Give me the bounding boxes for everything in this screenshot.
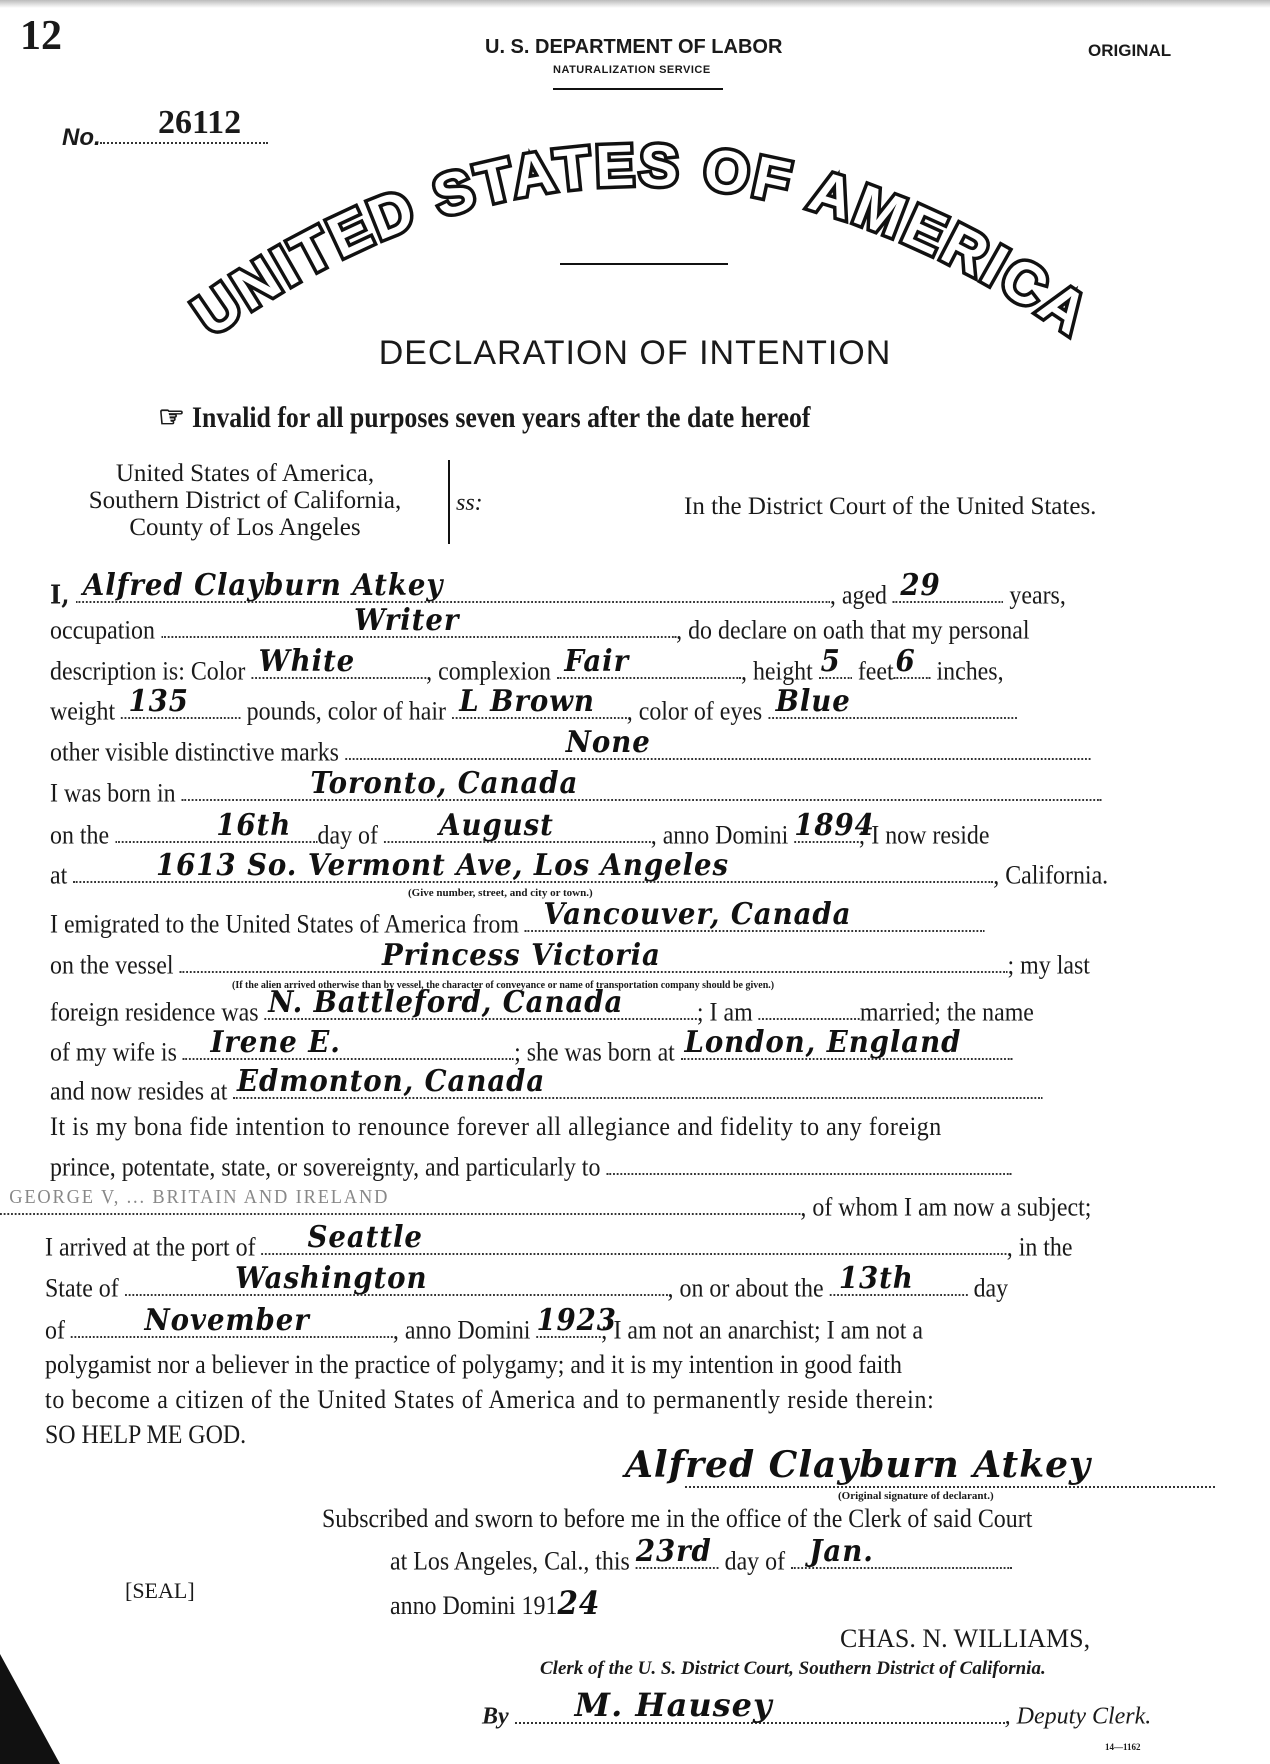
court: In the District Court of the United Stat… (684, 493, 1096, 521)
by-line: By M. Hausey, Deputy Clerk. (482, 1700, 1151, 1731)
foreign-residence-value: N. Battleford, Canada (268, 985, 623, 1020)
header-rule (553, 88, 723, 90)
marks-value: None (566, 725, 651, 760)
sovereign-stamp-field: GEORGE V, ... BRITAIN AND IRELAND (0, 1190, 800, 1215)
brace (440, 460, 450, 544)
foreign-residence-field: N. Battleford, Canada (265, 995, 697, 1020)
signature-hint: (Original signature of declarant.) (838, 1490, 994, 1502)
department: U. S. DEPARTMENT OF LABOR (485, 36, 782, 59)
jurat-line-2: at Los Angeles, Cal., this 23rd day of J… (390, 1544, 1012, 1576)
deputy-signature-field: M. Hausey (515, 1700, 1005, 1724)
jurat-line-3: anno Domini 19124 (390, 1584, 600, 1622)
line-birthplace: I was born in Toronto, Canada (50, 776, 1102, 808)
pointing-hand-icon: ☞ (158, 401, 185, 434)
eyes-field: Blue (768, 694, 1016, 719)
deputy-signature: M. Hausey (575, 1686, 773, 1724)
venue-line: County of Los Angeles (50, 514, 440, 541)
declarant-signature-line: Alfred Clayburn Atkey (685, 1448, 1215, 1488)
arrival-year-value: 1923 (536, 1303, 617, 1338)
arrival-day-field: 13th (830, 1271, 968, 1296)
line-wife: of my wife is Irene E.; she was born at … (50, 1035, 1012, 1067)
form-number: 14—1162 (1105, 1742, 1141, 1752)
warning-text: Invalid for all purposes seven years aft… (192, 401, 810, 435)
svg-text:UNITED STATES OF AMERICA: UNITED STATES OF AMERICA (182, 133, 1103, 349)
line-birthdate: on the 16thday of August, anno Domini 18… (50, 818, 990, 850)
scan-corner (0, 1654, 60, 1764)
line-vessel: on the vessel Princess Victoria; my last (50, 948, 1090, 980)
birth-day-field: 16th (115, 818, 317, 843)
birth-month-field: August (384, 818, 651, 843)
hair-value: L Brown (459, 684, 595, 719)
line-wife-residence: and now resides at Edmonton, Canada (50, 1074, 1043, 1106)
marital-field (759, 995, 860, 1020)
line-marks: other visible distinctive marks None (50, 735, 1090, 767)
birth-year-value: 1894 (794, 808, 875, 843)
hair-field: L Brown (452, 694, 627, 719)
line-occupation: occupation Writer, do declare on oath th… (50, 613, 1030, 645)
complexion-field: Fair (557, 654, 741, 679)
line-description: description is: Color White, complexion … (50, 654, 1004, 686)
line-sovereign: GEORGE V, ... BRITAIN AND IRELAND, of wh… (0, 1190, 1091, 1222)
eyes-value: Blue (776, 684, 851, 719)
warning-line: ☞ Invalid for all purposes seven years a… (158, 400, 912, 435)
marks-field: None (345, 735, 1090, 760)
birthplace-field: Toronto, Canada (182, 776, 1102, 801)
height-feet-value: 5 (821, 644, 841, 679)
sworn-month-field: Jan. (791, 1544, 1012, 1569)
title-rule (560, 263, 728, 265)
vessel-value: Princess Victoria (382, 938, 661, 973)
line-emigrated: I emigrated to the United States of Amer… (50, 907, 985, 939)
wife-birthplace-value: London, England (684, 1025, 961, 1060)
wife-residence-field: Edmonton, Canada (233, 1074, 1043, 1099)
line-port: I arrived at the port of Seattle, in the (45, 1230, 1073, 1262)
complexion-value: Fair (564, 644, 629, 679)
clerk-name: CHAS. N. WILLIAMS, (840, 1624, 1090, 1654)
state-value: Washington (235, 1261, 427, 1296)
age-value: 29 (900, 568, 940, 603)
line-state: State of Washington, on or about the 13t… (45, 1271, 1008, 1303)
sovereign-stamp: GEORGE V, ... BRITAIN AND IRELAND (9, 1186, 389, 1209)
arc-text: UNITED STATES OF AMERICA (182, 133, 1103, 349)
seal: [SEAL] (125, 1578, 195, 1604)
sworn-day-value: 23rd (636, 1534, 712, 1569)
wife-birthplace-field: London, England (681, 1035, 1012, 1060)
renounce-line-1: It is my bona fide intention to renounce… (50, 1112, 942, 1142)
sworn-month-value: Jan. (809, 1534, 873, 1569)
line-residence: at 1613 So. Vermont Ave, Los Angeles, Ca… (50, 858, 1108, 890)
residence-value: 1613 So. Vermont Ave, Los Angeles (156, 848, 729, 883)
form-title: DECLARATION OF INTENTION (0, 334, 1270, 373)
line-foreign: foreign residence was N. Battleford, Can… (50, 995, 1034, 1027)
port-field: Seattle (262, 1230, 1007, 1255)
name-field: Alfred Clayburn Atkey (76, 578, 830, 603)
emigrated-value: Vancouver, Canada (543, 897, 851, 932)
clerk-title: Clerk of the U. S. District Court, South… (540, 1658, 1046, 1680)
color-field: White (251, 654, 426, 679)
copy-type: ORIGINAL (1088, 41, 1171, 61)
birth-year-field: 1894 (794, 818, 858, 843)
arrival-month-field: November (71, 1313, 393, 1338)
oath-line-4: SO HELP ME GOD. (45, 1420, 246, 1450)
color-value: White (259, 644, 355, 679)
arrival-day-value: 13th (839, 1261, 914, 1296)
state-field: Washington (125, 1271, 668, 1296)
sworn-year-value: 24 (557, 1584, 600, 1622)
page-number: 12 (20, 12, 62, 60)
venue-block: United States of America, Southern Distr… (50, 460, 440, 541)
line-arrival-month: of November, anno Domini 1923; I am not … (45, 1313, 923, 1345)
sworn-day-field: 23rd (636, 1544, 719, 1569)
birth-day-value: 16th (216, 808, 291, 843)
venue-line: Southern District of California, (50, 487, 440, 514)
jurat-line-1: Subscribed and sworn to before me in the… (322, 1504, 1032, 1534)
weight-field: 135 (121, 694, 241, 719)
service: NATURALIZATION SERVICE (553, 64, 711, 76)
birth-month-value: August (439, 808, 554, 843)
arrival-month-value: November (145, 1303, 310, 1338)
wife-residence-value: Edmonton, Canada (237, 1064, 545, 1099)
vessel-field: Princess Victoria (180, 948, 1008, 973)
ss: ss: (456, 490, 483, 517)
line-name: I, Alfred Clayburn Atkey, aged 29 years, (50, 578, 1066, 610)
emigrated-field: Vancouver, Canada (525, 907, 985, 932)
height-feet-field: 5 (819, 654, 852, 679)
port-value: Seattle (308, 1220, 423, 1255)
renounce-line-2: prince, potentate, state, or sovereignty… (50, 1150, 1011, 1182)
occupation-value: Writer (354, 603, 459, 638)
weight-value: 135 (128, 684, 188, 719)
arrival-year-field: 1923 (536, 1313, 600, 1338)
sovereign-field (606, 1150, 1011, 1175)
birthplace-value: Toronto, Canada (310, 766, 578, 801)
height-inches-field: 6 (894, 654, 931, 679)
occupation-field: Writer (161, 613, 676, 638)
oath-line-3: to become a citizen of the United States… (45, 1385, 935, 1415)
oath-line-2: polygamist nor a believer in the practic… (45, 1350, 902, 1380)
name-value: Alfred Clayburn Atkey (83, 568, 443, 603)
scan-edge (0, 0, 1270, 8)
declarant-signature: Alfred Clayburn Atkey (625, 1444, 1091, 1486)
line-weight: weight 135 pounds, color of hair L Brown… (50, 694, 1017, 726)
wife-name-field: Irene E. (183, 1035, 514, 1060)
wife-name-value: Irene E. (210, 1025, 340, 1060)
age-field: 29 (893, 578, 1003, 603)
venue-line: United States of America, (50, 460, 440, 487)
height-inches-value: 6 (896, 644, 916, 679)
residence-field: 1613 So. Vermont Ave, Los Angeles (73, 858, 993, 883)
